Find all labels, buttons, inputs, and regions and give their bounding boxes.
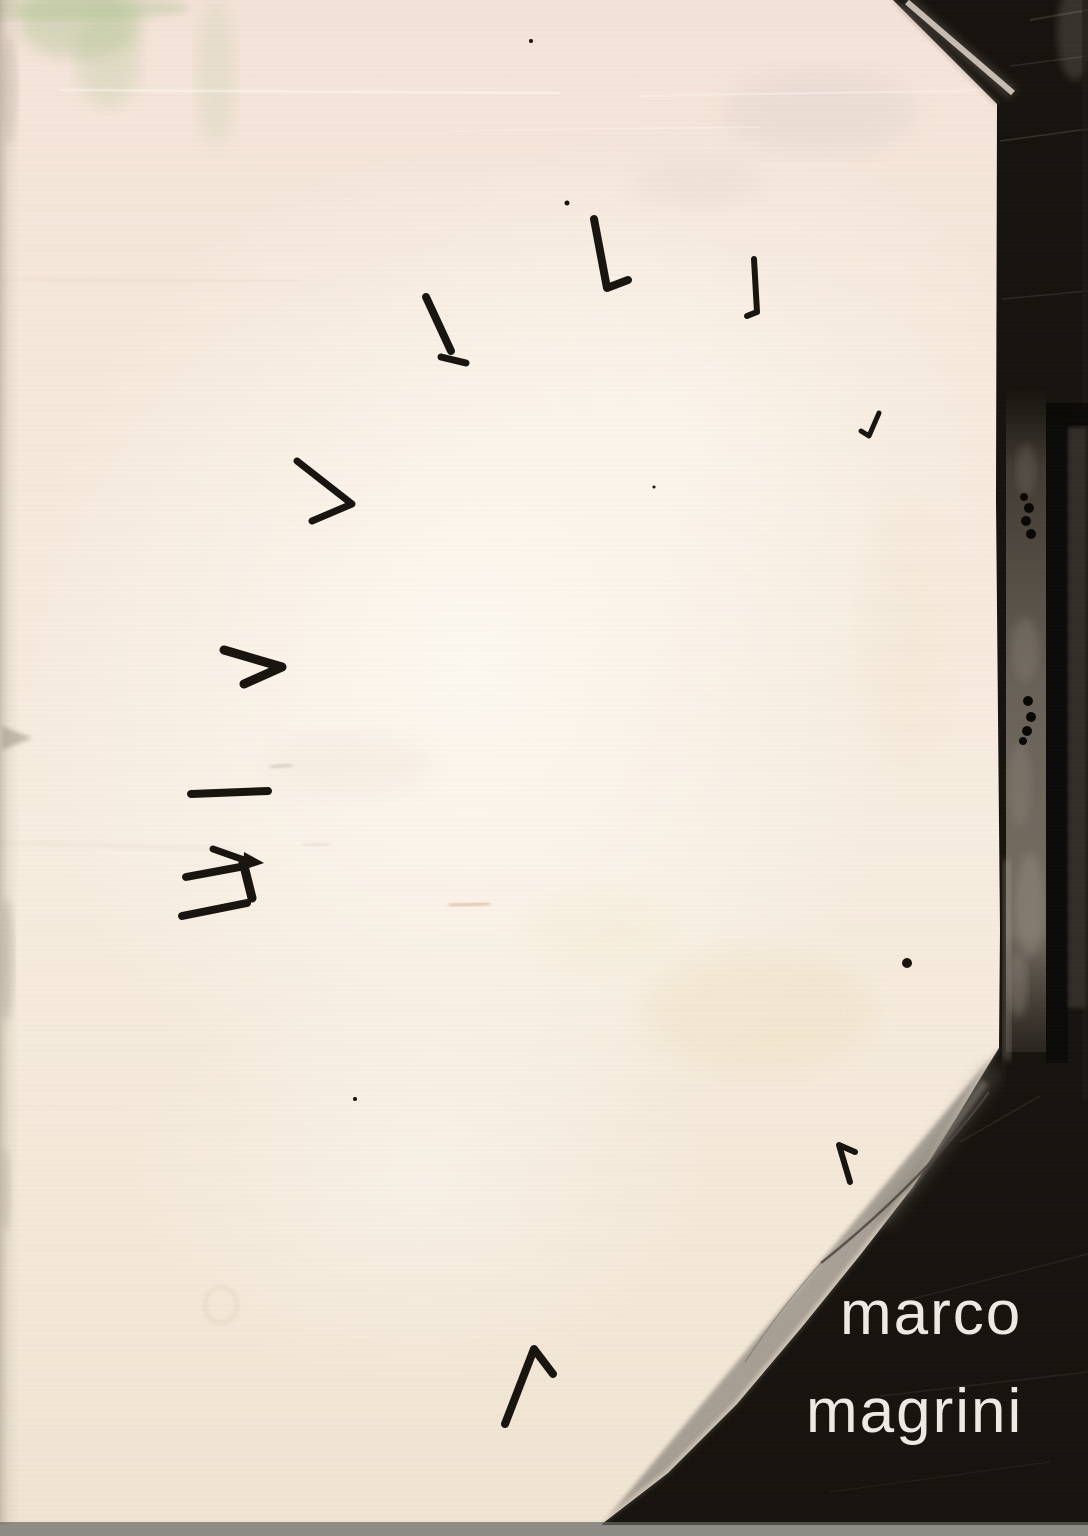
- chevron-right-middle: [224, 650, 282, 684]
- spine-shade: [0, 0, 20, 1536]
- door-inner-bar: [1046, 403, 1068, 1063]
- ink-marks: [182, 39, 912, 1424]
- lambda-stroke-bottom: [505, 1349, 553, 1424]
- spine-edge: [0, 0, 32, 1536]
- book-cover: marco magrini: [0, 0, 1088, 1536]
- ring-stain: [205, 1287, 237, 1323]
- bottom-edge-line: [0, 1522, 1088, 1525]
- warm-streak-right: [860, 500, 950, 760]
- small-tick-right: [861, 413, 879, 436]
- crease-line: [60, 90, 560, 93]
- door-light-streak: [1003, 860, 1011, 1060]
- yellow-stain-lower: [645, 950, 875, 1074]
- gray-smudge-top-right: [725, 70, 915, 154]
- scan-bottom-edge: [0, 1522, 1088, 1536]
- spine-smudge: [0, 35, 18, 145]
- door-inner-bar-top: [1046, 403, 1088, 426]
- crease-line: [0, 278, 300, 282]
- chevron-right-upper: [297, 461, 352, 521]
- double-arrow-glyph: [182, 849, 264, 916]
- cover-photo-artwork: [0, 0, 1088, 1536]
- yellow-stain-2: [525, 888, 675, 972]
- gray-scratch: [303, 843, 330, 846]
- gray-smudge: [635, 156, 765, 208]
- door-mottle: [1016, 853, 1044, 957]
- rust-scratch: [449, 903, 490, 906]
- door-mottle: [1008, 743, 1032, 827]
- angle-stroke-top-right: [747, 259, 757, 316]
- crease-line: [450, 127, 760, 131]
- door-mottle: [1011, 618, 1039, 682]
- door-frame-right: [1003, 388, 1088, 1063]
- angle-stroke-upper-left: [426, 297, 466, 363]
- door-right-light-column: [1068, 428, 1086, 1008]
- small-tick-lower-right: [839, 1145, 855, 1182]
- green-streak: [196, 0, 236, 146]
- angle-stroke-top-center: [594, 219, 628, 288]
- bottom-gray-strip: [0, 1525, 1088, 1536]
- door-mottle: [1016, 444, 1036, 496]
- ink-dot: [902, 958, 912, 968]
- crease-line: [0, 842, 235, 850]
- paper-tints: [0, 0, 1000, 1323]
- horizontal-dash: [191, 791, 268, 794]
